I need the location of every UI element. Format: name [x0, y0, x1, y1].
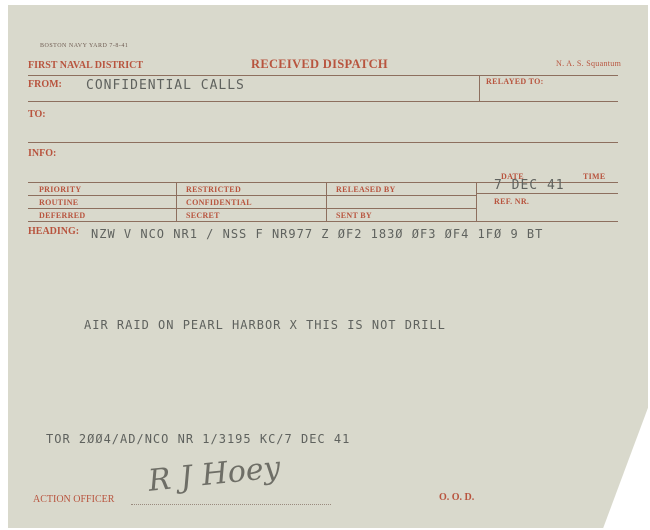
time-label: TIME: [583, 172, 606, 181]
priority-label: PRIORITY: [39, 185, 81, 194]
released-by-label: RELEASED BY: [336, 185, 396, 194]
ood-label: O. O. D.: [439, 492, 474, 503]
heading-label: HEADING:: [28, 226, 79, 237]
restricted-label: RESTRICTED: [186, 185, 241, 194]
date-value: 7 DEC 41: [494, 178, 565, 193]
secret-label: SECRET: [186, 211, 220, 220]
printer-line: BOSTON NAVY YARD 7-8-41: [40, 43, 128, 49]
routine-label: ROUTINE: [39, 198, 78, 207]
district-label: FIRST NAVAL DISTRICT: [28, 60, 143, 71]
ref-nr-label: REF. NR.: [494, 197, 529, 206]
info-label: INFO:: [28, 148, 56, 159]
confidential-label: CONFIDENTIAL: [186, 198, 252, 207]
tor-line: TOR 2ØØ4/AD/NCO NR 1/3195 KC/7 DEC 41: [46, 432, 350, 446]
form-title: RECEIVED DISPATCH: [251, 57, 388, 72]
dispatch-form: BOSTON NAVY YARD 7-8-41 FIRST NAVAL DIST…: [8, 5, 648, 528]
action-officer-label: ACTION OFFICER: [33, 494, 114, 505]
relayed-to-label: RELAYED TO:: [486, 77, 544, 86]
unit-label: N. A. S. Squantum: [556, 59, 621, 68]
to-label: TO:: [28, 109, 46, 120]
from-value: CONFIDENTIAL CALLS: [86, 78, 245, 93]
deferred-label: DEFERRED: [39, 211, 85, 220]
from-label: FROM:: [28, 79, 62, 90]
sent-by-label: SENT BY: [336, 211, 372, 220]
heading-value: NZW V NCO NR1 / NSS F NR977 Z ØF2 183Ø Ø…: [91, 227, 543, 241]
message-body: AIR RAID ON PEARL HARBOR X THIS IS NOT D…: [84, 318, 446, 332]
signature: R J Hoey: [147, 450, 283, 499]
